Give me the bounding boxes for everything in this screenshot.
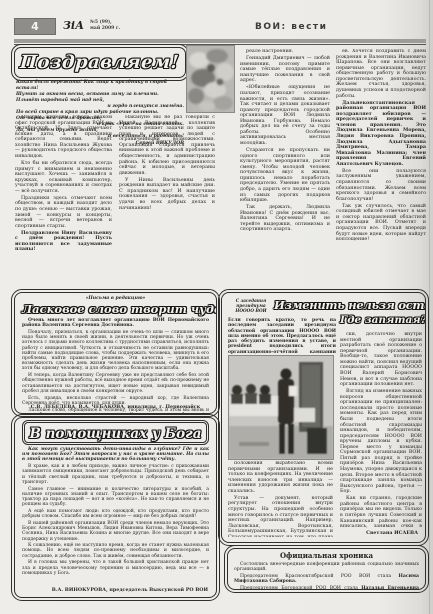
- paragraph: Геннадий Дмитриевич — любой именинник, п…: [240, 56, 330, 84]
- paragraph: Самое главное — внимание и количество ли…: [22, 487, 209, 508]
- letter-title: Ласковое слово творит чудеса: [22, 302, 209, 316]
- chronicle-intro: Состоялись внеочередные конференции райо…: [234, 562, 419, 573]
- paragraph: «Юбилейные ощущения не пылают, приходит …: [240, 85, 330, 146]
- congrats-column-4: ев. Хочется поздравить с днём рождения и…: [336, 49, 426, 288]
- congrats-column-2: Накануне мы не раз говорили с Ниной Васи…: [119, 115, 215, 288]
- issue-date: май 2009 г.: [90, 26, 134, 32]
- header-rule-thick: [14, 39, 426, 43]
- paragraph: Стараются не пропускать ни одного спорти…: [240, 148, 330, 204]
- paragraph: Поначалу, признаться, к организации не о…: [22, 330, 209, 372]
- congrats-column-1: Многим жителям города знаком офис городс…: [15, 115, 112, 288]
- flowers-photo: [186, 45, 235, 113]
- paragraph: В нашей районной организации ВОИ среди ч…: [22, 521, 209, 542]
- paragraph: Многим жителям города знаком офис городс…: [15, 115, 112, 160]
- helpers-lead: Как могут существовать дети-инвалиды в г…: [22, 447, 209, 463]
- issue-info: №5 (99), май 2009 г.: [90, 20, 134, 31]
- presidium-signature: Светлана ИСАЕВА: [366, 530, 418, 536]
- helpers-title: В помощниках у Бога: [29, 426, 201, 442]
- paragraph: положения выработано всеми первичными ор…: [228, 461, 333, 494]
- section-title: ВОИ: вести: [255, 22, 327, 32]
- paragraph: Поздравляем Нину Васильевну с днём рожде…: [15, 231, 112, 253]
- presidium-below-photo-column: положения выработано всеми первичными ор…: [228, 461, 333, 537]
- paragraph: Взгляд на изменение важных вопросов обще…: [340, 389, 422, 495]
- paragraph: И в головах мы уверены, что в такой боль…: [22, 560, 209, 576]
- paragraph: И теперь, когда Валентину Сергеевну уже …: [22, 373, 209, 394]
- congrats-title: Поздравляем!: [20, 52, 181, 73]
- presidium-right-column: ски, достаточно внутри местной организац…: [340, 332, 422, 528]
- paragraph: ев. Хочется поздравить с днём рождения и…: [336, 49, 426, 99]
- paragraph-names-bold: Дальнеконстантиновская районная организа…: [336, 101, 426, 168]
- paragraph: А ещё нам помогают люди: кто одеждой, кт…: [22, 509, 209, 519]
- presidium-article-box: С заседания президиума НОООО ВОИ Изменит…: [221, 292, 426, 543]
- paragraph: Устав — документ, который регулирует отн…: [228, 496, 333, 537]
- chronicle-line-text: Председателем Богородской РОО ВОИ стала: [240, 586, 361, 591]
- chronicle-line: Председателем Богородской РОО ВОИ стала …: [234, 586, 419, 591]
- chronicle-line-text: Председателем Краснооктябрьской РОО ВОИ …: [240, 574, 399, 579]
- letter-signature: С.В. ЛЕБЕДЕВА, В.А. ЧЕБАКОВА, инвалиды, …: [15, 404, 216, 410]
- paragraph: В храме, как и в любом приходе, важно ли…: [22, 464, 209, 485]
- poem-line: Какая быль пережита! Как лица к праздник…: [16, 80, 184, 92]
- paragraph: К сожалению, ещё не наступило время, ког…: [22, 543, 209, 559]
- letter-lead: Очень много лет возглавляет организацию …: [22, 318, 209, 328]
- paragraph: У Нины Васильевны день рождения выпадает…: [119, 178, 215, 211]
- paragraph: Так уж случилось, что самый солидный юби…: [336, 204, 426, 243]
- paragraph: Так держать, Людмила Ивановна! С днём ро…: [240, 205, 330, 233]
- presidium-title: Изменить нельзя оставить: [274, 298, 422, 312]
- paragraph: Все они пользуются заслуженным уважением…: [336, 169, 426, 202]
- paragraph: ски, достаточно внутри местной организац…: [340, 332, 422, 388]
- paragraph: Праздники здесь отмечают всем обществом,…: [15, 196, 112, 229]
- helpers-title-strip: В помощниках у Бога: [24, 422, 207, 443]
- chronicle-box: Официальная хроника Состоялись внеочеред…: [227, 548, 426, 590]
- page-number: 4: [14, 18, 56, 35]
- presidium-kicker: С заседания президиума НОООО ВОИ: [227, 298, 275, 313]
- congrats-column-3: реале настроения. Геннадий Дмитриевич — …: [240, 49, 330, 288]
- letter-article-box: «Письма в редакцию» Ласковое слово твори…: [14, 292, 217, 414]
- helpers-article-box: В помощниках у Бога Как могут существова…: [14, 417, 217, 598]
- presidium-subtitle: Где запятая?: [340, 314, 420, 326]
- helpers-signature: В.А. ВИНОКУРОВА, председатель Выксунской…: [52, 587, 208, 593]
- letter-kicker: «Письма в редакцию»: [22, 296, 209, 301]
- congrats-title-box: Поздравляем!: [14, 47, 186, 78]
- meeting-photo: [228, 355, 334, 460]
- paragraph: Кто бы ни обратился сюда, всегда примут …: [15, 161, 112, 194]
- paragraph: реале настроения.: [240, 49, 330, 55]
- chronicle-line: Председателем Краснооктябрьской РОО ВОИ …: [234, 574, 419, 585]
- newspaper-logo: ЗіА: [63, 19, 84, 32]
- chronicle-title: Официальная хроника: [234, 551, 419, 560]
- newspaper-page: 4 ЗіА №5 (99), май 2009 г. ВОИ: вести По…: [0, 0, 433, 614]
- paragraph: Как ни странно, городские районы областн…: [340, 496, 422, 528]
- paragraph: Накануне мы не раз говорили с Ниной Васи…: [119, 115, 215, 176]
